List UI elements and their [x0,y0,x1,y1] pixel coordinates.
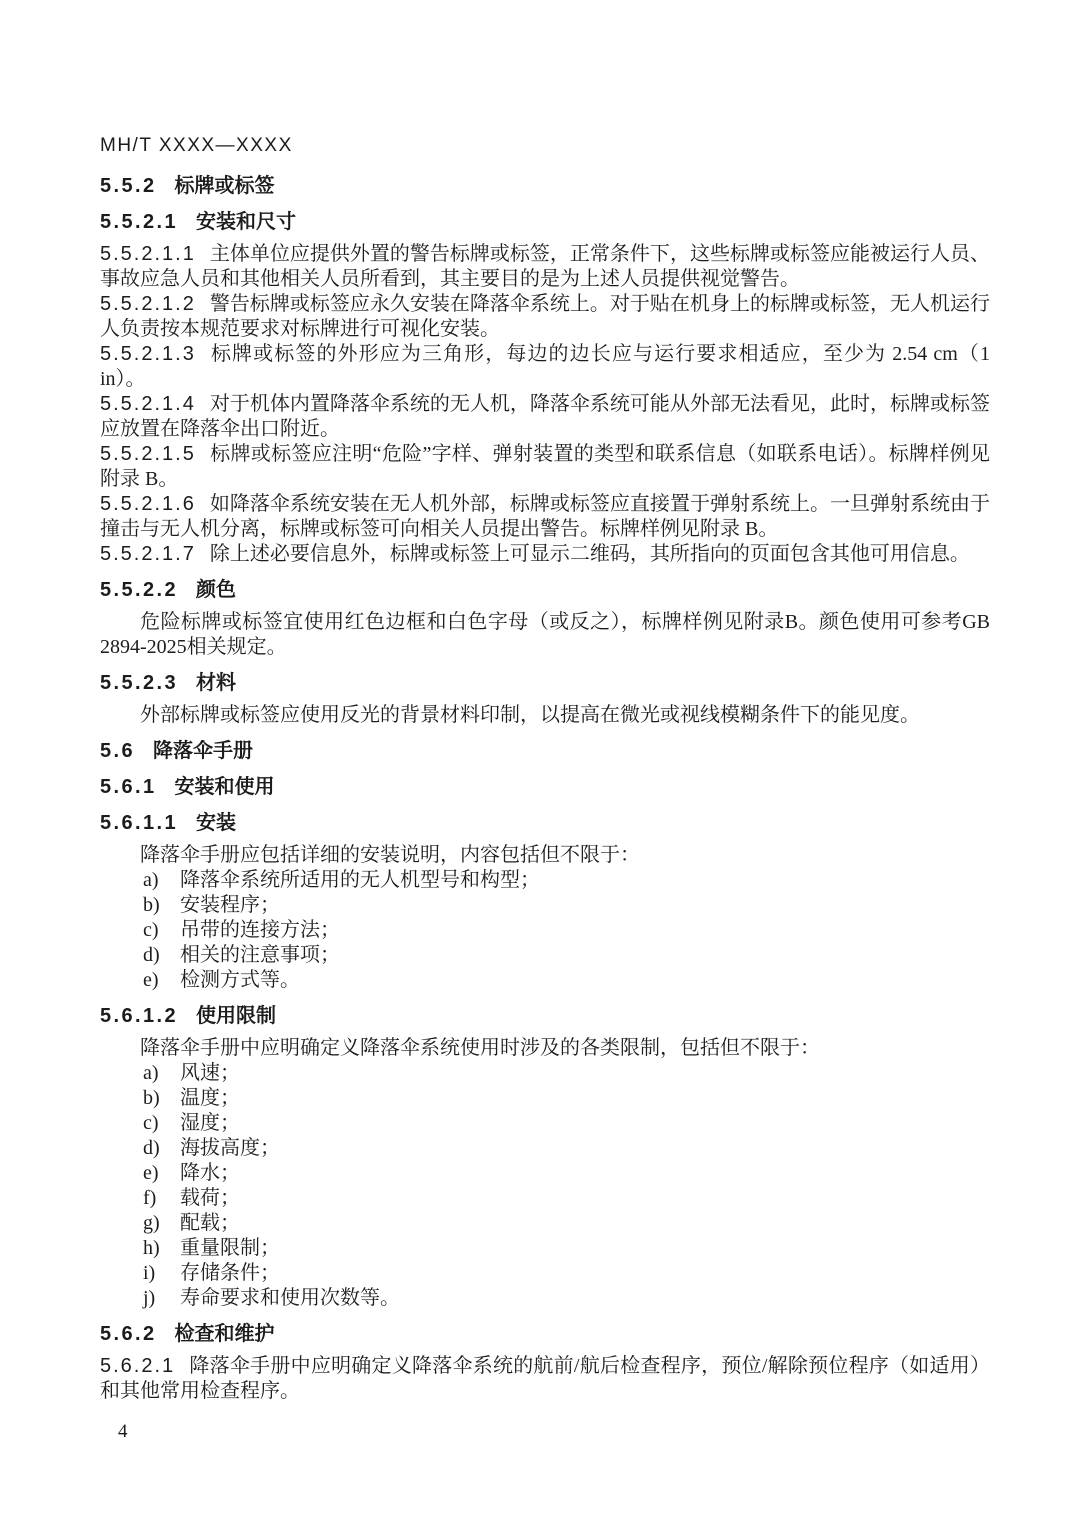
list-item: f)载荷； [100,1186,990,1211]
list-item-text: 风速； [180,1062,240,1084]
paragraph-color: 危险标牌或标签宜使用红色边框和白色字母（或反之），标牌样例见附录B。颜色使用可参… [100,610,990,660]
section-title: 安装和使用 [174,776,274,798]
document-page: MH/T XXXX—XXXX 5.5.2标牌或标签 5.5.2.1安装和尺寸 5… [0,0,1080,1527]
list-item-label: c) [143,1111,180,1136]
list-item-label: c) [143,918,180,943]
clause-5-5-2-1-2: 5.5.2.1.2警告标牌或标签应永久安装在降落伞系统上。对于贴在机身上的标牌或… [100,292,990,342]
section-title: 材料 [196,672,236,694]
section-title: 标牌或标签 [174,175,274,197]
list-item: h)重量限制； [100,1236,990,1261]
section-title: 安装 [196,812,236,834]
section-title: 颜色 [196,579,236,601]
page-number: 4 [100,1419,990,1444]
clause-text: 对于机体内置降落伞系统的无人机，降落伞系统可能从外部无法看见，此时，标牌或标签应… [100,393,990,440]
list-intro-install: 降落伞手册应包括详细的安装说明，内容包括但不限于： [100,843,990,868]
doc-code-header: MH/T XXXX—XXXX [100,133,990,158]
list-item-label: d) [143,1136,180,1161]
document-content: MH/T XXXX—XXXX 5.5.2标牌或标签 5.5.2.1安装和尺寸 5… [100,133,990,1444]
clause-number: 5.5.2.1.4 [100,393,210,415]
section-title: 使用限制 [196,1005,276,1027]
clause-5-5-2-1-3: 5.5.2.1.3标牌或标签的外形应为三角形，每边的边长应与运行要求相适应，至少… [100,342,990,392]
section-number: 5.6.1.1 [100,812,196,834]
clause-number: 5.5.2.1.5 [100,443,210,465]
list-item-text: 载荷； [180,1187,240,1209]
list-item-label: h) [143,1236,180,1261]
list-item-label: a) [143,1061,180,1086]
list-item-text: 温度； [180,1087,240,1109]
section-number: 5.5.2.3 [100,672,196,694]
clause-number: 5.5.2.1.7 [100,543,210,565]
clause-5-6-2-1: 5.6.2.1降落伞手册中应明确定义降落伞系统的航前/航后检查程序，预位/解除预… [100,1354,990,1404]
list-item: j)寿命要求和使用次数等。 [100,1286,990,1311]
list-item-label: g) [143,1211,180,1236]
section-heading-5-5-2-3: 5.5.2.3材料 [100,671,990,696]
list-item-text: 降水； [180,1162,240,1184]
list-item-text: 相关的注意事项； [180,944,340,966]
section-title: 安装和尺寸 [196,211,296,233]
clause-number: 5.5.2.1.3 [100,343,210,365]
list-item: b)安装程序； [100,893,990,918]
list-item-text: 检测方式等。 [180,969,300,991]
section-heading-5-6-1-2: 5.6.1.2使用限制 [100,1004,990,1029]
section-number: 5.5.2.2 [100,579,196,601]
clause-text: 警告标牌或标签应永久安装在降落伞系统上。对于贴在机身上的标牌或标签，无人机运行人… [100,293,990,340]
list-item-label: d) [143,943,180,968]
clause-number: 5.6.2.1 [100,1355,189,1377]
clause-number: 5.5.2.1.1 [100,243,210,265]
clause-text: 主体单位应提供外置的警告标牌或标签，正常条件下，这些标牌或标签应能被运行人员、事… [100,243,990,290]
list-item: b)温度； [100,1086,990,1111]
clause-text: 除上述必要信息外，标牌或标签上可显示二维码，其所指向的页面包含其他可用信息。 [210,543,970,565]
section-number: 5.5.2 [100,175,174,197]
section-title: 检查和维护 [174,1323,274,1345]
install-list: a)降落伞系统所适用的无人机型号和构型；b)安装程序；c)吊带的连接方法；d)相… [100,868,990,993]
list-intro-limits: 降落伞手册中应明确定义降落伞系统使用时涉及的各类限制，包括但不限于： [100,1036,990,1061]
list-item: a)降落伞系统所适用的无人机型号和构型； [100,868,990,893]
clause-number: 5.5.2.1.2 [100,293,210,315]
paragraph-material: 外部标牌或标签应使用反光的背景材料印制，以提高在微光或视线模糊条件下的能见度。 [100,703,990,728]
list-item-label: f) [143,1186,180,1211]
list-item: a)风速； [100,1061,990,1086]
section-heading-5-5-2-2: 5.5.2.2颜色 [100,578,990,603]
limits-list: a)风速；b)温度；c)湿度；d)海拔高度；e)降水；f)载荷；g)配载；h)重… [100,1061,990,1311]
section-heading-5-6-2: 5.6.2检查和维护 [100,1322,990,1347]
list-item-text: 存储条件； [180,1262,280,1284]
clause-number: 5.5.2.1.6 [100,493,210,515]
clause-5-5-2-1-1: 5.5.2.1.1主体单位应提供外置的警告标牌或标签，正常条件下，这些标牌或标签… [100,242,990,292]
clause-text: 如降落伞系统安装在无人机外部，标牌或标签应直接置于弹射系统上。一旦弹射系统由于撞… [100,493,990,540]
section-number: 5.6.1 [100,776,174,798]
section-number: 5.6.1.2 [100,1005,196,1027]
list-item-text: 重量限制； [180,1237,280,1259]
list-item-text: 安装程序； [180,894,280,916]
list-item-label: a) [143,868,180,893]
section-title: 降落伞手册 [153,740,253,762]
clause-5-5-2-1-7: 5.5.2.1.7除上述必要信息外，标牌或标签上可显示二维码，其所指向的页面包含… [100,542,990,567]
list-item: c)湿度； [100,1111,990,1136]
clause-text: 降落伞手册中应明确定义降落伞系统的航前/航后检查程序，预位/解除预位程序（如适用… [100,1355,990,1402]
list-item-label: b) [143,893,180,918]
section-heading-5-6-1-1: 5.6.1.1安装 [100,811,990,836]
list-item-label: i) [143,1261,180,1286]
section-number: 5.6.2 [100,1323,174,1345]
section-number: 5.6 [100,740,153,762]
list-item-text: 吊带的连接方法； [180,919,340,941]
list-item-text: 海拔高度； [180,1137,280,1159]
list-item: e)降水； [100,1161,990,1186]
list-item-text: 湿度； [180,1112,240,1134]
section-number: 5.5.2.1 [100,211,196,233]
list-item-label: b) [143,1086,180,1111]
list-item: i)存储条件； [100,1261,990,1286]
list-item-label: e) [143,968,180,993]
clause-5-5-2-1-5: 5.5.2.1.5标牌或标签应注明“危险”字样、弹射装置的类型和联系信息（如联系… [100,442,990,492]
list-item: g)配载； [100,1211,990,1236]
clause-text: 标牌或标签应注明“危险”字样、弹射装置的类型和联系信息（如联系电话）。标牌样例见… [100,443,990,490]
clause-5-5-2-1-4: 5.5.2.1.4对于机体内置降落伞系统的无人机，降落伞系统可能从外部无法看见，… [100,392,990,442]
clause-text: 标牌或标签的外形应为三角形，每边的边长应与运行要求相适应，至少为 2.54 cm… [100,343,990,390]
list-item: e)检测方式等。 [100,968,990,993]
list-item-text: 寿命要求和使用次数等。 [180,1287,400,1309]
section-heading-5-6-1: 5.6.1安装和使用 [100,775,990,800]
list-item-label: j) [143,1286,180,1311]
list-item-label: e) [143,1161,180,1186]
section-heading-5-5-2-1: 5.5.2.1安装和尺寸 [100,210,990,235]
section-heading-5-5-2: 5.5.2标牌或标签 [100,174,990,199]
list-item-text: 降落伞系统所适用的无人机型号和构型； [180,869,540,891]
list-item: d)海拔高度； [100,1136,990,1161]
list-item: c)吊带的连接方法； [100,918,990,943]
list-item: d)相关的注意事项； [100,943,990,968]
section-heading-5-6: 5.6降落伞手册 [100,739,990,764]
list-item-text: 配载； [180,1212,240,1234]
clause-5-5-2-1-6: 5.5.2.1.6如降落伞系统安装在无人机外部，标牌或标签应直接置于弹射系统上。… [100,492,990,542]
